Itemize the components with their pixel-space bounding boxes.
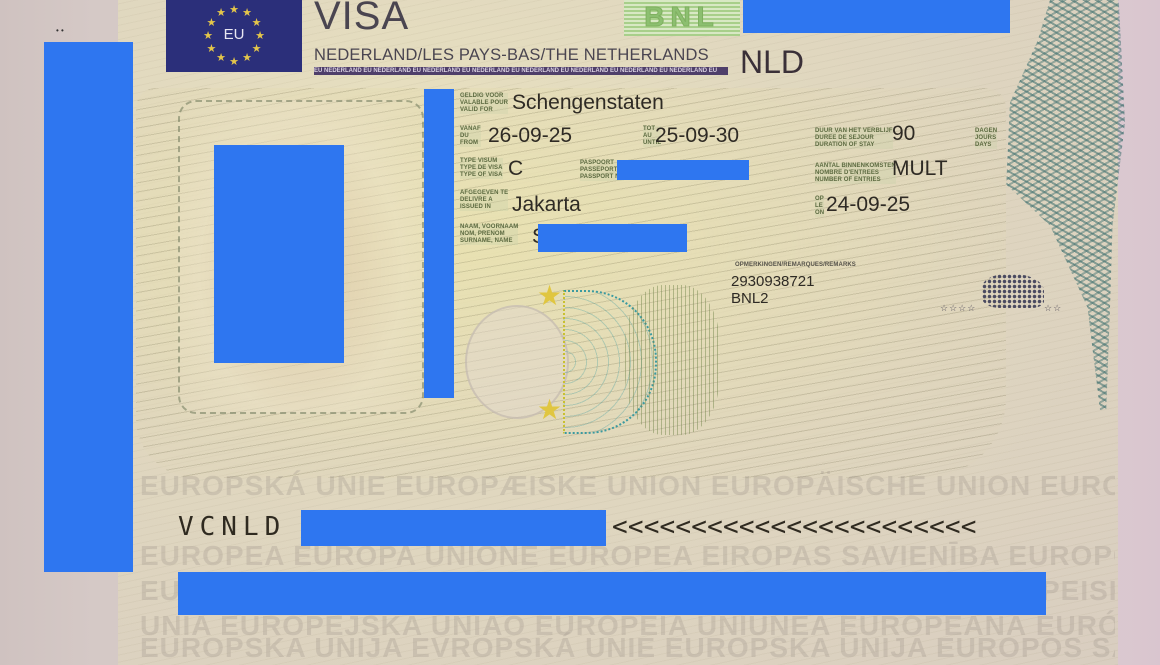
eu-star-icon: ★ — [251, 18, 262, 29]
background-eu-text: EUROPSKA UNIJA EVROPSKÁ UNIE EUROPSKA UN… — [140, 632, 1115, 664]
value-issue-date: 24-09-25 — [826, 193, 910, 217]
document-title: VISA — [314, 0, 409, 39]
redaction-name — [538, 224, 687, 252]
lion-emblem-icon — [982, 274, 1044, 308]
redaction-mrz-line-2 — [178, 572, 1046, 615]
label-valid-for: GELDIG VOOR VALABLE POUR VALID FOR — [460, 93, 508, 114]
eu-star-icon: ★ — [203, 31, 214, 42]
eu-star-icon: ★ — [206, 44, 217, 55]
redaction-visa-number — [743, 0, 1010, 33]
hologram-star-icon: ★ — [537, 279, 562, 312]
label-remarks: OPMERKINGEN/REMARQUES/REMARKS — [735, 262, 856, 269]
value-from: 26-09-25 — [488, 124, 572, 148]
hologram: ★ ★ — [455, 285, 725, 435]
margin-dots: • • — [56, 26, 64, 35]
value-issued-in: Jakarta — [512, 193, 581, 217]
mrz-line-1-filler: <<<<<<<<<<<<<<<<<<<<<<< — [612, 512, 977, 542]
remarks-line-1: 2930938721 — [731, 274, 814, 290]
label-number-of-entries: AANTAL BINNENKOMSTEN NOMBRE D'ENTREES NU… — [815, 163, 896, 184]
redaction-left-margin — [44, 42, 133, 572]
label-issued-in: AFGEGEVEN TE DELIVRE A ISSUED IN — [460, 190, 508, 211]
label-issue-date: OP LE ON — [815, 196, 824, 217]
value-type-of-visa: C — [508, 157, 523, 181]
redaction-mrz-line-1 — [301, 510, 606, 546]
issuer-country-line: NEDERLAND/LES PAYS-BAS/THE NETHERLANDS — [314, 46, 709, 65]
country-code: NLD — [740, 44, 804, 81]
label-type-of-visa: TYPE VISUM TYPE DE VISA TYPE OF VISA — [460, 158, 503, 179]
stars-right-icon: ☆☆ — [1044, 303, 1062, 314]
mrz-line-1-prefix: VCNLD — [178, 512, 286, 542]
redaction-passport-number — [617, 160, 749, 180]
eu-star-icon: ★ — [206, 18, 217, 29]
remarks-line-2: BNL2 — [731, 291, 769, 307]
background-eu-text: EUROPSKÁ UNIE EUROPÆISKE UNION EUROPÄISC… — [140, 470, 1115, 502]
value-number-of-entries: MULT — [892, 157, 948, 181]
hologram-star-icon: ★ — [537, 393, 562, 426]
value-duration-of-stay: 90 — [892, 122, 915, 146]
redaction-photo — [214, 145, 344, 363]
value-valid-for: Schengenstaten — [512, 91, 664, 115]
stars-left-icon: ☆☆☆☆ — [940, 303, 976, 314]
value-until: 25-09-30 — [655, 124, 739, 148]
eu-star-icon: ★ — [242, 53, 253, 64]
eu-star-icon: ★ — [251, 44, 262, 55]
microprint-line: EU NEDERLAND EU NEDERLAND EU NEDERLAND E… — [314, 67, 728, 75]
background-eu-text: EUROPEA EUROPA UNIONE EUROPEA EIROPAS SA… — [140, 540, 1115, 572]
eu-star-icon: ★ — [216, 53, 227, 64]
hologram-pattern — [625, 285, 720, 435]
label-from: VANAF DU FROM — [460, 126, 481, 147]
eu-star-icon: ★ — [229, 5, 240, 16]
label-name: NAAM, VOORNAAM NOM, PRENOM SURNAME, NAME — [460, 224, 518, 245]
label-duration-unit: DAGEN JOURS DAYS — [975, 128, 997, 149]
eu-flag: EU ★★★★★★★★★★★★ — [166, 0, 302, 72]
bnl-logo: BNL — [624, 0, 740, 36]
redaction-vertical-strip — [424, 89, 454, 398]
eu-star-icon: ★ — [229, 57, 240, 68]
eu-star-icon: ★ — [255, 31, 266, 42]
eu-star-ring: EU ★★★★★★★★★★★★ — [202, 4, 266, 68]
label-duration-of-stay: DUUR VAN HET VERBLIJF DUREE DE SEJOUR DU… — [815, 128, 893, 149]
eu-star-icon: ★ — [216, 8, 227, 19]
